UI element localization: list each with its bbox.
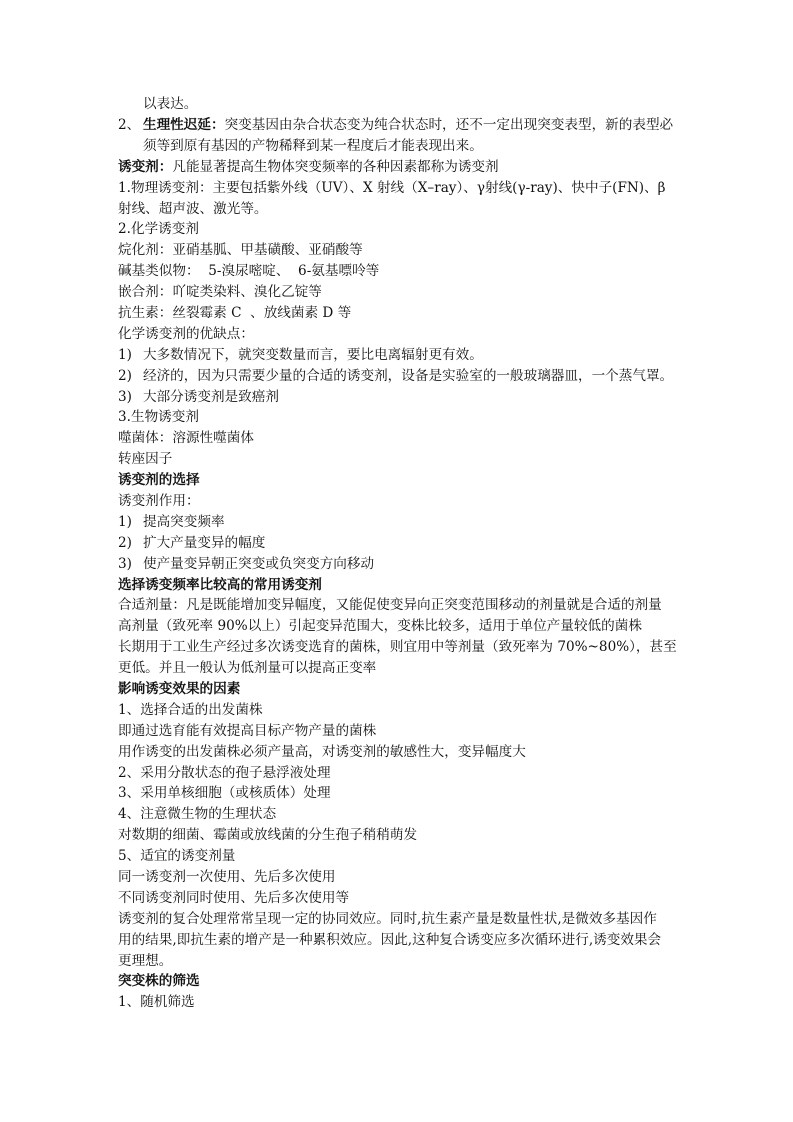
list-item: 2) 扩大产量变异的幅度 <box>118 533 678 554</box>
factor-line: 4、注意微生物的生理状态 <box>118 804 678 825</box>
list-text: 大部分诱变剂是致癌剂 <box>143 387 279 408</box>
dose-line: 合适剂量：凡是既能增加变异幅度，又能促使变异向正突变范围移动的剂量就是合适的剂量 <box>118 595 678 616</box>
term-label: 诱变剂： <box>118 159 172 175</box>
antibiotics: 抗生素：丝裂霉素 C 、放线菌素 D 等 <box>118 303 678 324</box>
compound-treatment-line: 诱变剂的复合处理常常呈现一定的协同效应。同时,抗生素产量是数量性状,是微效多基因… <box>118 909 678 930</box>
dose-line: 更低。并且一般认为低剂量可以提高正变率 <box>118 658 678 679</box>
base-analogs: 碱基类似物： 5-溴尿嘧啶、 6-氨基嘌呤等 <box>118 261 678 282</box>
section-heading-factors: 影响诱变效果的因素 <box>118 679 678 700</box>
factor-line: 3、采用单核细胞（或核质体）处理 <box>118 783 678 804</box>
compound-treatment-line: 用的结果,即抗生素的增产是一种累积效应。因此,这种复合诱变应多次循环进行,诱变效… <box>118 930 678 951</box>
dose-line: 长期用于工业生产经过多次诱变选育的菌株，则宜用中等剂量（致死率为 70%~80%… <box>118 637 678 658</box>
chemical-mutagens-title: 2.化学诱变剂 <box>118 219 678 240</box>
factor-line: 同一诱变剂一次使用、先后多次使用 <box>118 867 678 888</box>
list-item: 3) 大部分诱变剂是致癌剂 <box>118 387 678 408</box>
list-number: 2) <box>118 366 143 387</box>
factor-line: 用作诱变的出发菌株必须产量高，对诱变剂的敏感性大，变异幅度大 <box>118 742 678 763</box>
screening-item: 1、随机筛选 <box>118 992 678 1013</box>
list-text: 使产量变异朝正突变或负突变方向移动 <box>143 554 374 575</box>
compound-treatment-line: 更理想。 <box>118 951 678 972</box>
dose-line: 高剂量（致死率 90%以上）引起变异范围大，变株比较多，适用于单位产量较低的菌株 <box>118 616 678 637</box>
chem-pros-cons-title: 化学诱变剂的优缺点： <box>118 324 678 345</box>
transposon-line: 转座因子 <box>118 449 678 470</box>
list-text: 扩大产量变异的幅度 <box>143 533 265 554</box>
list-item: 3) 使产量变异朝正突变或负突变方向移动 <box>118 554 678 575</box>
factor-line: 不同诱变剂同时使用、先后多次使用等 <box>118 888 678 909</box>
document-page: 以表达。 2、 生理性迟延：突变基因由杂合状态变为纯合状态时，还不一定出现突变表… <box>118 94 678 1013</box>
list-number: 1) <box>118 345 143 366</box>
list-item: 2) 经济的，因为只需要少量的合适的诱变剂，设备是实验室的一般玻璃器皿，一个蒸气… <box>118 366 678 387</box>
term-definition: 凡能显著提高生物体突变频率的各种因素都称为诱变剂 <box>172 159 498 175</box>
mutagen-definition: 诱变剂：凡能显著提高生物体突变频率的各种因素都称为诱变剂 <box>118 157 678 178</box>
list-item-physiological-delay: 2、 生理性迟延：突变基因由杂合状态变为纯合状态时，还不一定出现突变表型，新的表… <box>118 115 678 157</box>
mutagen-effect-title: 诱变剂作用： <box>118 491 678 512</box>
biological-mutagens-title: 3.生物诱变剂 <box>118 407 678 428</box>
factor-line: 对数期的细菌、霉菌或放线菌的分生孢子稍稍萌发 <box>118 825 678 846</box>
factor-line: 即通过选育能有效提高目标产物产量的菌株 <box>118 721 678 742</box>
list-number: 3) <box>118 387 143 408</box>
list-number: 2、 <box>118 115 143 157</box>
list-number: 1) <box>118 512 143 533</box>
section-heading-mutagen-selection: 诱变剂的选择 <box>118 470 678 491</box>
list-item: 1) 提高突变频率 <box>118 512 678 533</box>
list-item: 1) 大多数情况下，就突变数量而言，要比电离辐射更有效。 <box>118 345 678 366</box>
section-heading-screening: 突变株的筛选 <box>118 971 678 992</box>
factor-line: 2、采用分散状态的孢子悬浮液处理 <box>118 763 678 784</box>
list-number: 3) <box>118 554 143 575</box>
term-label: 生理性迟延： <box>143 117 225 133</box>
continuation-line: 以表达。 <box>118 94 678 115</box>
list-text: 经济的，因为只需要少量的合适的诱变剂，设备是实验室的一般玻璃器皿，一个蒸气罩。 <box>143 366 673 387</box>
physical-mutagens: 1.物理诱变剂：主要包括紫外线（UV）、X 射线（X–ray）、γ射线(γ-ra… <box>118 178 678 220</box>
intercalating-agents: 嵌合剂：吖啶类染料、溴化乙锭等 <box>118 282 678 303</box>
factor-line: 5、适宜的诱变剂量 <box>118 846 678 867</box>
list-text: 大多数情况下，就突变数量而言，要比电离辐射更有效。 <box>143 345 483 366</box>
list-number: 2) <box>118 533 143 554</box>
alkylating-agents: 烷化剂：亚硝基胍、甲基磺酸、亚硝酸等 <box>118 240 678 261</box>
phage-line: 噬菌体：溶源性噬菌体 <box>118 428 678 449</box>
list-text: 提高突变频率 <box>143 512 225 533</box>
factor-line: 1、选择合适的出发菌株 <box>118 700 678 721</box>
list-item-body: 生理性迟延：突变基因由杂合状态变为纯合状态时，还不一定出现突变表型，新的表型必须… <box>143 115 678 157</box>
section-heading-common-mutagens: 选择诱变频率比较高的常用诱变剂 <box>118 575 678 596</box>
